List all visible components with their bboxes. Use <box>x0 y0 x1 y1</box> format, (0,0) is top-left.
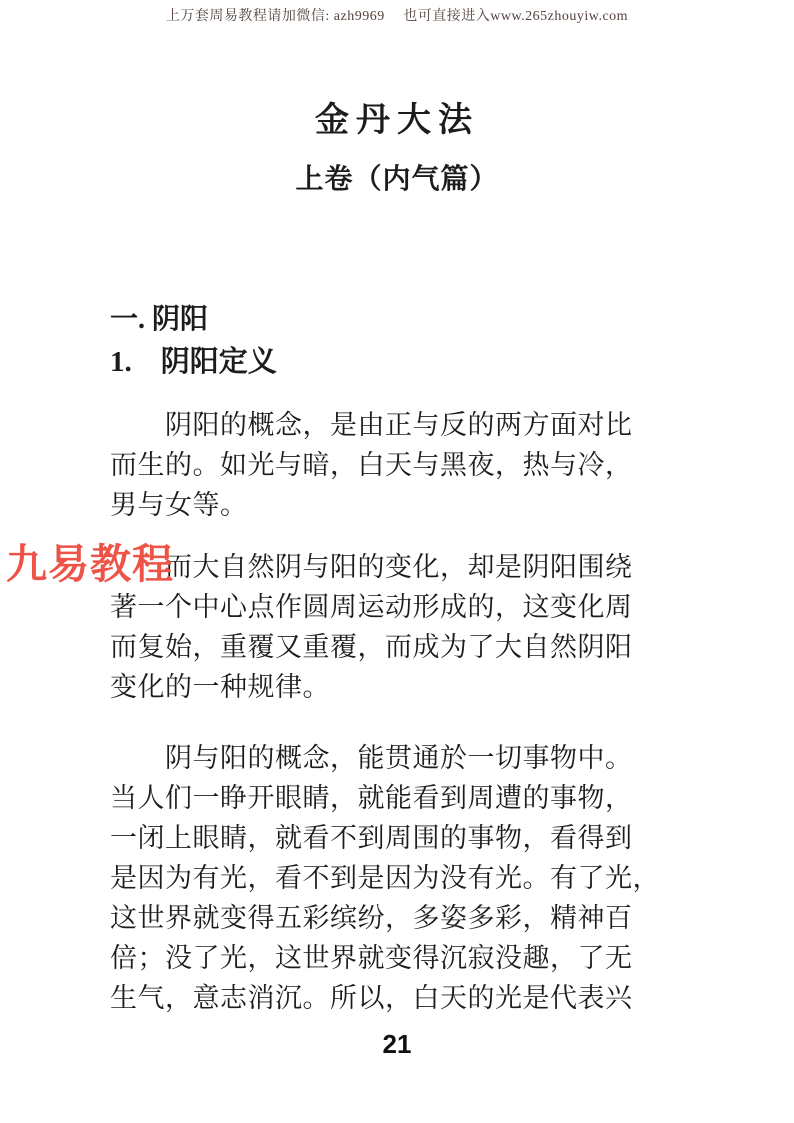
paragraph-2-line: 著一个中心点作圆周运动形成的，这变化周 <box>110 587 640 627</box>
paragraph-3-line: 阴与阳的概念，能贯通於一切事物中。 <box>110 738 640 778</box>
paragraph-3-line: 当人们一睁开眼睛，就能看到周遭的事物， <box>110 778 640 818</box>
paragraph-2: 而大自然阴与阳的变化，却是阴阳围绕 著一个中心点作圆周运动形成的，这变化周 而复… <box>110 547 640 707</box>
paragraph-1-line: 男与女等。 <box>110 485 640 525</box>
paragraph-2-line: 而大自然阴与阳的变化，却是阴阳围绕 <box>110 547 640 587</box>
paragraph-3: 阴与阳的概念，能贯通於一切事物中。 当人们一睁开眼睛，就能看到周遭的事物， 一闭… <box>110 738 640 1018</box>
paragraph-2-line: 而复始，重覆又重覆，而成为了大自然阴阳 <box>110 627 640 667</box>
paragraph-2-line: 变化的一种规律。 <box>110 667 640 707</box>
document-title: 金丹大法 <box>0 99 794 143</box>
sub-heading: 1. 阴阳定义 <box>110 342 794 382</box>
paragraph-3-line: 生气，意志消沉。所以，白天的光是代表兴 <box>110 978 640 1018</box>
header-notice: 上万套周易教程请加微信: azh9969 也可直接进入www.265zhouyi… <box>0 0 794 26</box>
paragraph-1: 阴阳的概念，是由正与反的两方面对比 而生的。如光与暗，白天与黑夜，热与冷， 男与… <box>110 405 640 525</box>
paragraph-3-line: 倍；没了光，这世界就变得沉寂没趣，了无 <box>110 938 640 978</box>
paragraph-3-line: 这世界就变得五彩缤纷，多姿多彩，精神百 <box>110 898 640 938</box>
paragraph-1-line: 阴阳的概念，是由正与反的两方面对比 <box>110 405 640 445</box>
paragraph-1-line: 而生的。如光与暗，白天与黑夜，热与冷， <box>110 445 640 485</box>
document-page: 上万套周易教程请加微信: azh9969 也可直接进入www.265zhouyi… <box>0 0 794 1123</box>
section-heading: 一. 阴阳 <box>110 302 794 338</box>
document-subtitle: 上卷（内气篇） <box>0 162 794 198</box>
watermark-text: 九易教程 <box>6 541 174 587</box>
page-number: 21 <box>0 1028 794 1060</box>
paragraph-3-line: 是因为有光，看不到是因为没有光。有了光， <box>110 858 640 898</box>
paragraph-3-line: 一闭上眼睛，就看不到周围的事物，看得到 <box>110 818 640 858</box>
